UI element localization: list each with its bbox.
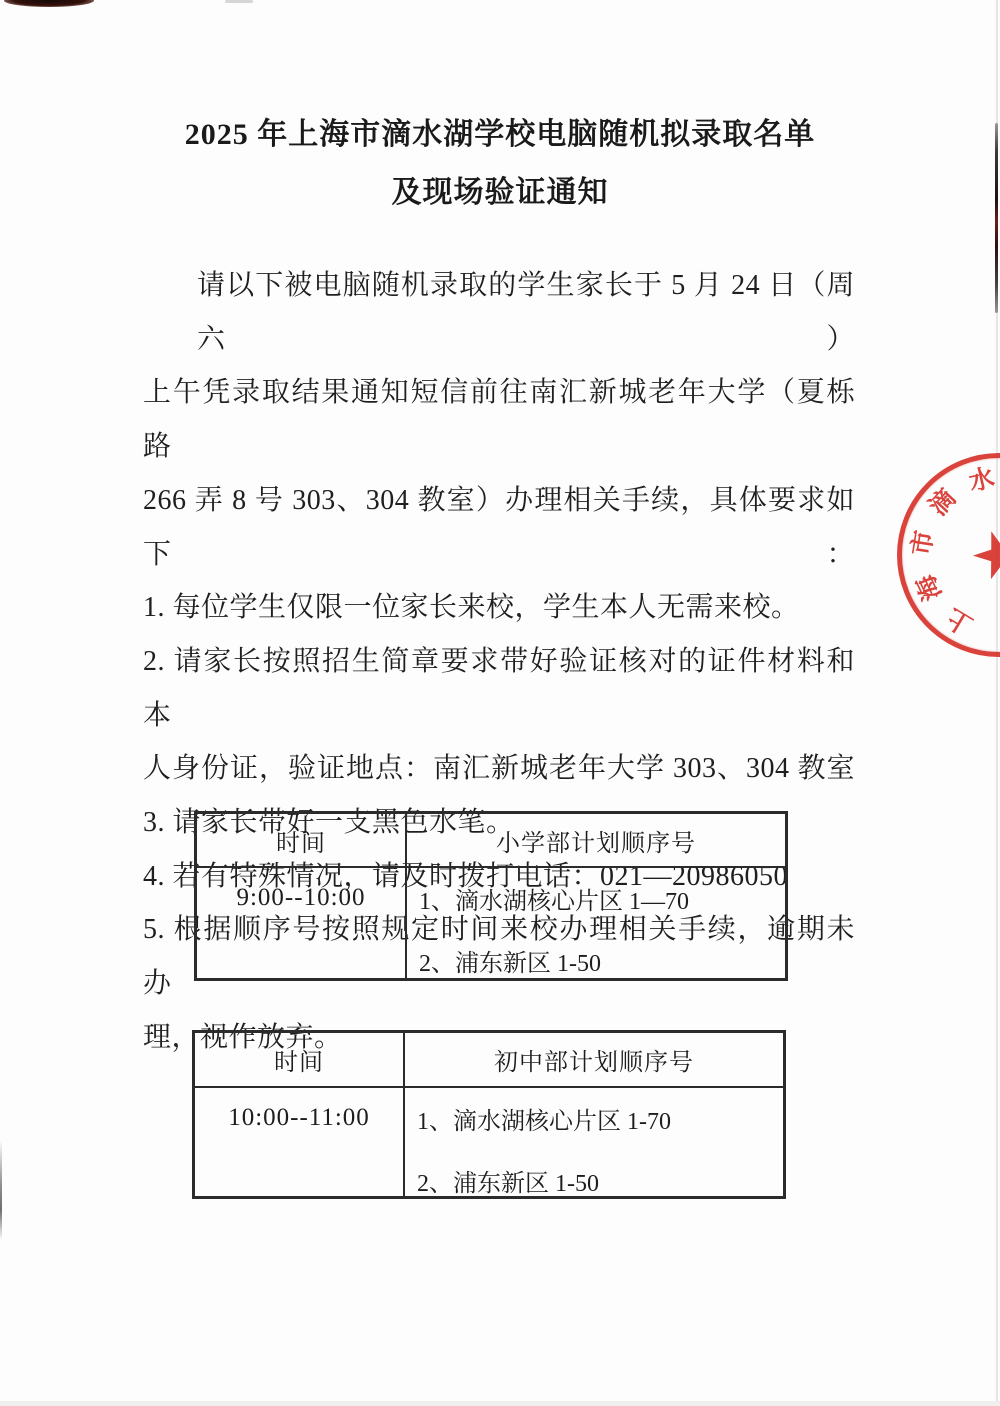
scanned-notice-page: 2025 年上海市滴水湖学校电脑随机拟录取名单 及现场验证通知 请以下被电脑随机… [0, 0, 1000, 1406]
scan-bottom-edge [0, 1401, 1000, 1406]
body-line: 上午凭录取结果通知短信前往南汇新城老年大学（夏栎路 [143, 366, 855, 473]
table-header-time: 时间 [195, 1033, 405, 1088]
table-cell-items: 1、滴水湖核心片区 1—70 2、浦东新区 1-50 [407, 868, 785, 978]
scan-smudge [225, 0, 253, 3]
table-item: 2、浦东新区 1-50 [417, 1163, 783, 1198]
scan-ink-blob [4, 0, 94, 7]
table-cell-time: 9:00--10:00 [197, 868, 407, 978]
table-item: 1、滴水湖核心片区 1-70 [417, 1101, 783, 1136]
table-header-time: 时间 [197, 814, 407, 868]
body-line-item-2: 2. 请家长按照招生简章要求带好验证核对的证件材料和本 [143, 635, 855, 742]
table-cell-items: 1、滴水湖核心片区 1-70 2、浦东新区 1-50 [405, 1088, 783, 1198]
table-item: 2、浦东新区 1-50 [419, 943, 785, 978]
scan-left-shadow [0, 1140, 2, 1240]
body-line: 请以下被电脑随机录取的学生家长于 5 月 24 日（周六） [143, 259, 855, 366]
schedule-table-primary: 时间 小学部计划顺序号 9:00--10:00 1、滴水湖核心片区 1—70 2… [194, 811, 788, 981]
schedule-table-middle: 时间 初中部计划顺序号 10:00--11:00 1、滴水湖核心片区 1-70 … [192, 1030, 786, 1199]
title-line-2: 及现场验证通知 [0, 164, 1000, 222]
table-header-plan: 小学部计划顺序号 [407, 814, 785, 868]
table-header-plan: 初中部计划顺序号 [405, 1033, 783, 1088]
body-line: 266 弄 8 号 303、304 教室）办理相关手续，具体要求如下： [143, 474, 855, 581]
table-cell-time: 10:00--11:00 [195, 1088, 405, 1198]
school-seal-stamp: 上 海 市 滴 水 湖 学 校 [897, 453, 1000, 657]
table-item: 1、滴水湖核心片区 1—70 [419, 881, 785, 916]
body-line-item-1: 1. 每位学生仅限一位家长来校，学生本人无需来校。 [143, 581, 855, 635]
title-line-1: 2025 年上海市滴水湖学校电脑随机拟录取名单 [0, 106, 1000, 164]
document-title: 2025 年上海市滴水湖学校电脑随机拟录取名单 及现场验证通知 [0, 106, 1000, 222]
stamp-char: 市 [908, 527, 940, 559]
body-line: 人身份证，验证地点：南汇新城老年大学 303、304 教室 [143, 742, 855, 796]
